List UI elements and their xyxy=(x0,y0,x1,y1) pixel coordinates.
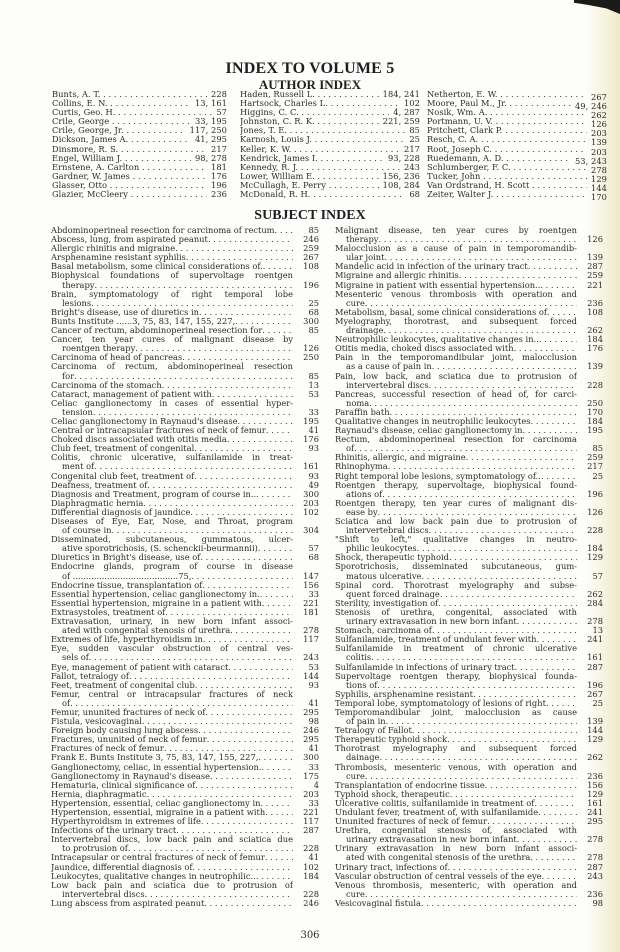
author-entry: Pritchett, Clark P.203 xyxy=(427,126,607,135)
subject-entry: Extrasystoles, treatment of181 xyxy=(51,608,319,617)
subject-text-line1: Fistula, vesicovaginal xyxy=(51,717,142,726)
subject-pages: 228 xyxy=(577,381,603,390)
subject-text-line1: Allergic rhinitis and migraine xyxy=(51,244,175,253)
subject-entry: Deafness, treatment of49 xyxy=(51,481,319,490)
subject-entry: Endocrine tissue, transplantation of156 xyxy=(51,581,319,590)
subject-text: Rhinitis, allergic, and migraine xyxy=(335,453,577,462)
author-entry: Ruedemann, A. D.53, 243 xyxy=(427,154,607,163)
subject-text-line2: matous ulcerative xyxy=(335,572,577,581)
author-name: Crile, George, Jr. xyxy=(52,126,186,135)
subject-pages: 184 xyxy=(293,872,319,881)
dot-leader xyxy=(186,253,293,262)
dot-leader xyxy=(227,435,293,444)
subject-text: Otitis media, choked discs associated wi… xyxy=(335,344,577,353)
subject-entry: Ununited fractures of neck of femur295 xyxy=(335,817,603,826)
subject-text-line2: of pain in xyxy=(335,717,577,726)
subject-entry: Foreign body causing lung abscess246 xyxy=(51,726,319,735)
author-name: Dinsmore, R. S. xyxy=(52,145,207,154)
subject-text: Fractures of neck of femur xyxy=(51,744,293,753)
dot-leader xyxy=(208,235,293,244)
dot-leader xyxy=(540,281,577,290)
subject-text: Migraine in patient with essential hyper… xyxy=(335,281,577,290)
author-entry: Glasser, Otto196 xyxy=(52,181,227,190)
subject-text-line1: Metabolism, basal, some clinical conside… xyxy=(335,308,547,317)
subject-text-line1: Leukocytes, qualitative changes in neutr… xyxy=(51,872,256,881)
page-title: INDEX TO VOLUME 5 xyxy=(0,60,620,78)
subject-text-line1: Fallot, tetralogy of xyxy=(51,672,129,681)
subject-text-line1: Intracapsular or central fractures of ne… xyxy=(51,853,265,862)
dot-leader xyxy=(383,326,577,335)
subject-text-continuation: cure xyxy=(346,299,365,308)
subject-entry: Tetralogy of Fallot144 xyxy=(335,726,603,735)
subject-text: Migraine and allergic rhinitis xyxy=(335,271,577,280)
subject-text-line2: of course in xyxy=(51,526,293,535)
subject-text: Therapeutic typhoid shock xyxy=(335,735,577,744)
subject-text-line2: quent forced drainage xyxy=(335,590,577,599)
subject-text-line1: Mesenteric venous thrombosis with operat… xyxy=(335,290,577,299)
subject-text-continuation: therapy xyxy=(62,281,95,290)
subject-entry: Femur, central or intracapsular fracture… xyxy=(51,690,319,708)
subject-entry: Hypertension, essential, celiac ganglion… xyxy=(51,799,319,808)
subject-entry: Temporal lobe, symptomatology of lesions… xyxy=(335,699,603,708)
subject-entry: Roentgen therapy, ten year cures of mali… xyxy=(335,499,603,517)
subject-text-line1: Cancer of rectum, abdominoperineal resec… xyxy=(51,326,262,335)
subject-text: Club feet, treatment of congenital xyxy=(51,444,293,453)
dot-leader xyxy=(260,590,293,599)
author-entry: Root, Joseph C.203 xyxy=(427,145,607,154)
subject-text: Leukocytes, qualitative changes in neutr… xyxy=(51,872,293,881)
subject-entry: Eye, sudden vascular obstruction of cent… xyxy=(51,644,319,662)
subject-text-line2: to protrusion of xyxy=(51,844,293,853)
author-entry: Netherton, E. W.267 xyxy=(427,90,607,99)
subject-text: Sulfanilamide in infections of urinary t… xyxy=(335,663,577,672)
subject-pages: 196 xyxy=(293,281,319,290)
subject-text-line1: Diuretics in Bright's disease, use of xyxy=(51,553,200,562)
dot-leader xyxy=(369,399,577,408)
dot-leader xyxy=(128,844,293,853)
subject-entry: Sulfanilamide in treatment of chronic ul… xyxy=(335,644,603,662)
subject-entry: Urinary extravasation in new born infant… xyxy=(335,844,603,862)
author-pages: 68 xyxy=(405,190,420,199)
subject-entry: Congenital club feet, treatment of93 xyxy=(51,472,319,481)
subject-text-line1: Ganglionectomy, celiac, in essential hyp… xyxy=(51,763,261,772)
subject-text-line1: Infections of the urinary tract xyxy=(51,826,176,835)
author-entry: McCullagh, E. Perry108, 284 xyxy=(240,181,420,190)
subject-entry: Pancreas, successful resection of head o… xyxy=(335,390,603,408)
subject-pages: 53 xyxy=(293,390,319,399)
subject-text: Shock, therapeutic typhoid xyxy=(335,553,577,562)
subject-text-line2: ease by xyxy=(335,508,577,517)
subject-entry: Ganglionectomy in Raynaud's disease175 xyxy=(51,772,319,781)
subject-entry: Diseases of Eye, Ear, Nose, and Throat, … xyxy=(51,517,319,535)
subject-entry: Stenosis of urethra, congenital, associa… xyxy=(335,608,603,626)
author-name: Kennedy, R. J. xyxy=(240,163,400,172)
subject-text-line1: Hyperthyroidism in extremes of life xyxy=(51,817,201,826)
subject-pages: 262 xyxy=(577,753,603,762)
author-name: Collins, E. N. xyxy=(52,99,191,108)
subject-text: Diagnosis and Treatment, program of cour… xyxy=(51,490,293,499)
subject-text: Femur, ununited fractures of neck of xyxy=(51,708,293,717)
dot-leader xyxy=(365,772,577,781)
author-name: Van Ordstrand, H. Scott xyxy=(427,181,587,190)
subject-text-continuation: ated with congenital stenosis of the ure… xyxy=(346,853,530,862)
author-name: Higgins, C. C. xyxy=(240,108,389,117)
subject-entry: Cataract, management of patient with53 xyxy=(51,390,319,399)
subject-text: Arsphenamine resistant syphilis xyxy=(51,253,293,262)
dot-leader xyxy=(365,299,577,308)
dot-leader xyxy=(531,417,578,426)
subject-pages: 287 xyxy=(293,826,319,835)
subject-entry: Celiac ganglionectomy in Raynaud's disea… xyxy=(51,417,319,426)
subject-text-line1: Qualitative changes in neutrophilic leuk… xyxy=(335,417,531,426)
subject-pages: 278 xyxy=(577,835,603,844)
subject-entry: Syphilis, arsphenamine resistant267 xyxy=(335,690,603,699)
subject-text: Hypertension, essential, migraine in a p… xyxy=(51,808,293,817)
subject-text-line1: Choked discs associated with otitis medi… xyxy=(51,435,227,444)
dot-leader xyxy=(371,653,577,662)
subject-text-line2: intervertebral discs xyxy=(335,381,577,390)
dot-leader xyxy=(256,490,293,499)
dot-leader xyxy=(429,381,577,390)
subject-index-heading: SUBJECT INDEX xyxy=(0,208,620,224)
subject-text: Cancer of rectum, abdominoperineal resec… xyxy=(51,326,293,335)
subject-text-continuation: drainage xyxy=(346,326,383,335)
dot-leader xyxy=(165,608,293,617)
subject-text: Extrasystoles, treatment of xyxy=(51,608,293,617)
subject-text: Frank E. Bunts Institute 3, 75, 83, 147,… xyxy=(51,753,293,762)
dot-leader xyxy=(539,335,577,344)
dot-leader xyxy=(145,890,293,899)
subject-text-line1: Sulfanilamide in treatment of chronic ul… xyxy=(335,644,577,653)
subject-text: Hernia, diaphragmatic xyxy=(51,790,293,799)
subject-text-continuation: ular joint xyxy=(346,253,384,262)
subject-text-line2: for xyxy=(51,372,293,381)
subject-text-line1: Carcinoma of the stomach xyxy=(51,381,162,390)
subject-text: Differential diagnosis of jaundice xyxy=(51,508,293,517)
subject-text-line1: Thrombosis, mesenteric venous, with oper… xyxy=(335,763,577,772)
subject-entry: Thorotrast myelography and subsequent fo… xyxy=(335,744,603,762)
subject-text-line1: Sulfanilamide, treatment of undulant fev… xyxy=(335,635,536,644)
subject-text: Carcinoma of head of pancreas xyxy=(51,353,293,362)
subject-text: Extremes of life, hyperthyroidism in xyxy=(51,635,293,644)
subject-entry: Disseminated, subcutaneous, gummatous, u… xyxy=(51,535,319,553)
subject-entry: Undulant fever, treatment of, with sulfa… xyxy=(335,808,603,817)
subject-pages: 295 xyxy=(577,817,603,826)
subject-entry: Choked discs associated with otitis medi… xyxy=(51,435,319,444)
dot-leader xyxy=(203,635,293,644)
subject-text-line1: Fractures, ununited of neck of femur xyxy=(51,735,207,744)
subject-index-column-2: Malignant disease, ten year cures by roe… xyxy=(335,226,603,908)
subject-text-line2: urinary extravasation in new born infant xyxy=(335,617,577,626)
subject-text: Transplantation of endocrine tissue xyxy=(335,781,577,790)
subject-entry: Right temporal lobe lesions, symptomatol… xyxy=(335,472,603,481)
subject-text-line1: Frank E. Bunts Institute 3, 75, 83, 147,… xyxy=(51,753,258,762)
subject-entry: Abscess, lung, from aspirated peanut246 xyxy=(51,235,319,244)
subject-text: Lung abscess from aspirated peanut xyxy=(51,899,293,908)
subject-text-line2: tension xyxy=(51,408,293,417)
subject-text-continuation: ations of xyxy=(346,490,382,499)
dot-leader xyxy=(256,872,293,881)
dot-leader xyxy=(379,235,578,244)
subject-entry: Celiac ganglionectomy in cases of essent… xyxy=(51,399,319,417)
subject-text-continuation: of xyxy=(62,699,70,708)
subject-pages: 93 xyxy=(293,681,319,690)
author-name: Moore, Paul M., Jr. xyxy=(427,99,571,108)
subject-text-line1: Lung abscess from aspirated peanut xyxy=(51,899,204,908)
page-number: 306 xyxy=(0,930,620,941)
subject-entry: Raynaud's disease, celiac ganglionectomy… xyxy=(335,426,603,435)
subject-text-line1: Carcinoma of head of pancreas xyxy=(51,353,182,362)
subject-text: Qualitative changes in neutrophilic leuk… xyxy=(335,417,577,426)
dot-leader xyxy=(230,626,293,635)
author-name: Zeiter, Walter J. xyxy=(427,190,587,199)
subject-text-line2: sels of xyxy=(51,653,293,662)
subject-text-continuation: ease by xyxy=(346,508,378,517)
subject-entry: Urinary tract, infections of287 xyxy=(335,863,603,872)
subject-entry: Migraine and allergic rhinitis259 xyxy=(335,271,603,280)
dot-leader xyxy=(538,808,577,817)
dot-leader xyxy=(432,626,577,635)
subject-text-line1: Temporal lobe, symptomatology of lesions… xyxy=(335,699,546,708)
dot-leader xyxy=(448,863,577,872)
author-name: Hartsock, Charles L. xyxy=(240,99,400,108)
subject-text-line1: Pancreas, successful resection of head o… xyxy=(335,390,577,399)
dot-leader xyxy=(432,362,577,371)
subject-entry: Pain, low back, and sciatica due to prot… xyxy=(335,372,603,390)
subject-text-line2: cure xyxy=(335,890,577,899)
author-name: Keller, K. W. xyxy=(240,145,400,154)
dot-leader xyxy=(204,899,293,908)
dot-leader xyxy=(205,708,293,717)
subject-text: Infections of the urinary tract xyxy=(51,826,293,835)
dot-leader xyxy=(541,472,577,481)
author-name: Resch, C. A. xyxy=(427,135,587,144)
subject-text-line1: Migraine and allergic rhinitis xyxy=(335,271,459,280)
subject-text-continuation: as a cause of pain in xyxy=(346,362,432,371)
author-index-column-1: Bunts, A. T.228Collins, E. N.13, 161Curt… xyxy=(52,90,227,199)
dot-leader xyxy=(438,599,577,608)
subject-text-continuation: urinary extravasation in new born infant xyxy=(346,835,517,844)
subject-entry: Feet, treatment of congenital club93 xyxy=(51,681,319,690)
subject-pages: 284 xyxy=(577,599,603,608)
subject-entry: Myelography, thorotrast, and subsequent … xyxy=(335,317,603,335)
dot-leader xyxy=(466,453,577,462)
dot-leader xyxy=(386,717,577,726)
subject-entry: Infections of the urinary tract287 xyxy=(51,826,319,835)
subject-pages: 108 xyxy=(293,262,319,271)
dot-leader xyxy=(210,772,293,781)
subject-text-continuation: tension xyxy=(62,408,93,417)
dot-leader xyxy=(198,726,293,735)
subject-text-line1: Cataract, management of patient with xyxy=(51,390,212,399)
subject-text-line1: Neutrophilic leukocytes, qualitative cha… xyxy=(335,335,539,344)
author-name: Nosik, Wm. A. xyxy=(427,108,587,117)
subject-entry: Stomach, carcinoma of13 xyxy=(335,626,603,635)
author-name: Kendrick, James I. xyxy=(240,154,384,163)
subject-entry: Fractures, ununited of neck of femur295 xyxy=(51,735,319,744)
subject-text-continuation: for xyxy=(62,372,74,381)
subject-entry: Mesenteric venous thrombosis with operat… xyxy=(335,290,603,308)
subject-text: Raynaud's disease, celiac ganglionectomy… xyxy=(335,426,577,435)
subject-text-line1: Shock, therapeutic typhoid xyxy=(335,553,449,562)
subject-text-continuation: intervertebral discs xyxy=(346,526,429,535)
subject-entry: Fallot, tetralogy of144 xyxy=(51,672,319,681)
subject-pages: 126 xyxy=(577,508,603,517)
dot-leader xyxy=(258,753,293,762)
dot-leader xyxy=(485,781,577,790)
author-name: Schlumberger, F. C. xyxy=(427,163,587,172)
author-name: Netherton, E. W. xyxy=(427,90,587,99)
dot-leader xyxy=(421,572,577,581)
subject-text-line1: Rhinitis, allergic, and migraine xyxy=(335,453,466,462)
subject-text-line1: Transplantation of endocrine tissue xyxy=(335,781,485,790)
subject-text-line1: Hypertension, essential, celiac ganglion… xyxy=(51,799,261,808)
subject-entry: Neutrophilic leukocytes, qualitative cha… xyxy=(335,335,603,344)
subject-text-continuation: ated with congenital stenosis of urethra xyxy=(62,626,230,635)
subject-entry: Malignant disease, ten year cures by roe… xyxy=(335,226,603,244)
subject-text: Metabolism, basal, some clinical conside… xyxy=(335,308,577,317)
subject-entry: Extravasation, urinary, in new born infa… xyxy=(51,617,319,635)
dot-leader xyxy=(534,799,577,808)
subject-text: Basal metabolism, some clinical consider… xyxy=(51,262,293,271)
subject-text-line1: Diaphragmatic hernia xyxy=(51,499,143,508)
author-entry: Gardner, W. James176 xyxy=(52,172,227,181)
dot-leader xyxy=(390,408,577,417)
subject-text-continuation: colitis xyxy=(346,653,371,662)
dot-leader xyxy=(195,681,293,690)
subject-text: Stomach, carcinoma of xyxy=(335,626,577,635)
dot-leader xyxy=(261,799,294,808)
subject-text-line1: Abdominoperineal resection for carcinoma… xyxy=(51,226,275,235)
subject-entry: Basal metabolism, some clinical consider… xyxy=(51,262,319,271)
subject-pages: 126 xyxy=(577,235,603,244)
subject-text-line1: Otitis media, choked discs associated wi… xyxy=(335,344,514,353)
subject-pages: 195 xyxy=(577,426,603,435)
dot-leader xyxy=(388,462,577,471)
author-entry: Karnosh, Louis J.25 xyxy=(240,135,420,144)
subject-entry: Typhoid shock, therapeutic129 xyxy=(335,790,603,799)
author-entry: McDonald, R. H.68 xyxy=(240,190,420,199)
dot-leader xyxy=(275,226,293,235)
subject-text: Fractures, ununited of neck of femur xyxy=(51,735,293,744)
subject-text: Abdominoperineal resection for carcinoma… xyxy=(51,226,293,235)
subject-text: Rhinophyma xyxy=(335,462,577,471)
subject-text: Bright's disease, use of diuretics in xyxy=(51,308,293,317)
dot-leader xyxy=(379,753,577,762)
author-name: Crile, George xyxy=(52,117,191,126)
subject-text: Hypertension, essential, celiac ganglion… xyxy=(51,799,293,808)
subject-entry: Sciatica and low back pain due to protru… xyxy=(335,517,603,535)
subject-entry: Rhinitis, allergic, and migraine259 xyxy=(335,453,603,462)
subject-text-line1: Sulfanilamide in infections of urinary t… xyxy=(335,663,515,672)
subject-text-line2: ated with congenital stenosis of the ure… xyxy=(335,853,577,862)
subject-entry: Malocclusion as a cause of pain in tempo… xyxy=(335,244,603,262)
subject-text-line2: roentgen therapy xyxy=(51,344,293,353)
subject-text: Central or intracapsular fractures of ne… xyxy=(51,426,293,435)
subject-text: Fallot, tetralogy of xyxy=(51,672,293,681)
subject-text: Vesicovaginal fistula xyxy=(335,899,577,908)
dot-leader xyxy=(412,726,577,735)
author-name: Tucker, John xyxy=(427,172,587,181)
subject-text-line2: of xyxy=(335,444,577,453)
subject-pages: 221 xyxy=(577,281,603,290)
dot-leader xyxy=(449,553,577,562)
subject-text: Vascular obstruction of central vessels … xyxy=(335,872,577,881)
subject-entry: Essential hypertension, migraine in a pa… xyxy=(51,599,319,608)
subject-entry: Hypertension, essential, migraine in a p… xyxy=(51,808,319,817)
subject-text-continuation: of course in xyxy=(62,526,111,535)
subject-text-line1: Central or intracapsular fractures of ne… xyxy=(51,426,266,435)
subject-text: Diaphragmatic hernia xyxy=(51,499,293,508)
subject-entry: Temporomandibular joint, malocclusion as… xyxy=(335,708,603,726)
author-pages: 170 xyxy=(587,193,607,202)
subject-entry: Diuretics in Bright's disease, use of68 xyxy=(51,553,319,562)
author-entry: Ernstene, A. Carlton181 xyxy=(52,163,227,172)
subject-text: Carcinoma of the stomach xyxy=(51,381,293,390)
subject-entry: Sporotrichosis, disseminated subcutaneou… xyxy=(335,562,603,580)
subject-text: Bunts Institute ......3, 75, 83, 147, 15… xyxy=(51,317,293,326)
subject-entry: Carcinoma of head of pancreas250 xyxy=(51,353,319,362)
subject-text-line1: Syphilis, arsphenamine resistant xyxy=(335,690,473,699)
subject-pages: 129 xyxy=(577,553,603,562)
subject-text-line2: cure xyxy=(335,299,577,308)
subject-text-line1: Venous thrombosis, mesenteric, with oper… xyxy=(335,881,577,890)
subject-entry: Differential diagnosis of jaundice102 xyxy=(51,508,319,517)
author-name: Haden, Russell L. xyxy=(240,90,379,99)
subject-text-line1: Deafness, treatment of xyxy=(51,481,147,490)
subject-pages: 57 xyxy=(577,572,603,581)
author-name: Portmann, U. V. xyxy=(427,117,587,126)
dot-leader xyxy=(129,672,293,681)
subject-text-line1: Essential hypertension, migraine in a pa… xyxy=(51,599,262,608)
subject-text: Abscess, lung, from aspirated peanut xyxy=(51,235,293,244)
subject-pages: 287 xyxy=(577,663,603,672)
subject-text-line1: Congenital club feet, treatment of xyxy=(51,472,194,481)
subject-pages: 196 xyxy=(577,490,603,499)
subject-text-line1: Therapeutic typhoid shock xyxy=(335,735,447,744)
subject-entry: Urethra, congenital stenosis of, associa… xyxy=(335,826,603,844)
subject-entry: Metabolism, basal, some clinical conside… xyxy=(335,308,603,317)
dot-leader xyxy=(147,481,293,490)
subject-text-line1: Ganglionectomy in Raynaud's disease xyxy=(51,772,210,781)
subject-pages: 108 xyxy=(577,308,603,317)
dot-leader xyxy=(447,735,577,744)
dot-leader xyxy=(212,390,293,399)
subject-entry: Colitis, chronic ulcerative, sulfanilami… xyxy=(51,453,319,471)
author-entry: Portmann, U. V.126 xyxy=(427,117,607,126)
subject-text: Cataract, management of patient with xyxy=(51,390,293,399)
subject-entry: Shock, therapeutic typhoid129 xyxy=(335,553,603,562)
subject-entry: Mandelic acid in infection of the urinar… xyxy=(335,262,603,271)
dot-leader xyxy=(450,790,577,799)
subject-text-line1: Vascular obstruction of central vessels … xyxy=(335,872,542,881)
subject-entry: Lung abscess from aspirated peanut246 xyxy=(51,899,319,908)
subject-text-line1: Sterility, investigation of xyxy=(335,599,438,608)
subject-entry: Otitis media, choked discs associated wi… xyxy=(335,344,603,353)
subject-text: Jaundice, differential diagnosis of xyxy=(51,863,293,872)
dot-leader xyxy=(384,253,577,262)
subject-text: Right temporal lobe lesions, symptomatol… xyxy=(335,472,577,481)
dot-leader xyxy=(542,872,577,881)
subject-entry: Arsphenamine resistant syphilis267 xyxy=(51,253,319,262)
subject-entry: Spinal cord. Thorotrast myelography and … xyxy=(335,581,603,599)
dot-leader xyxy=(162,381,293,390)
subject-text-line1: Tetralogy of Fallot xyxy=(335,726,412,735)
dot-leader xyxy=(547,308,577,317)
author-name: Dickson, James A. xyxy=(52,135,191,144)
subject-text-continuation: of pain in xyxy=(346,717,386,726)
dot-leader xyxy=(194,472,293,481)
